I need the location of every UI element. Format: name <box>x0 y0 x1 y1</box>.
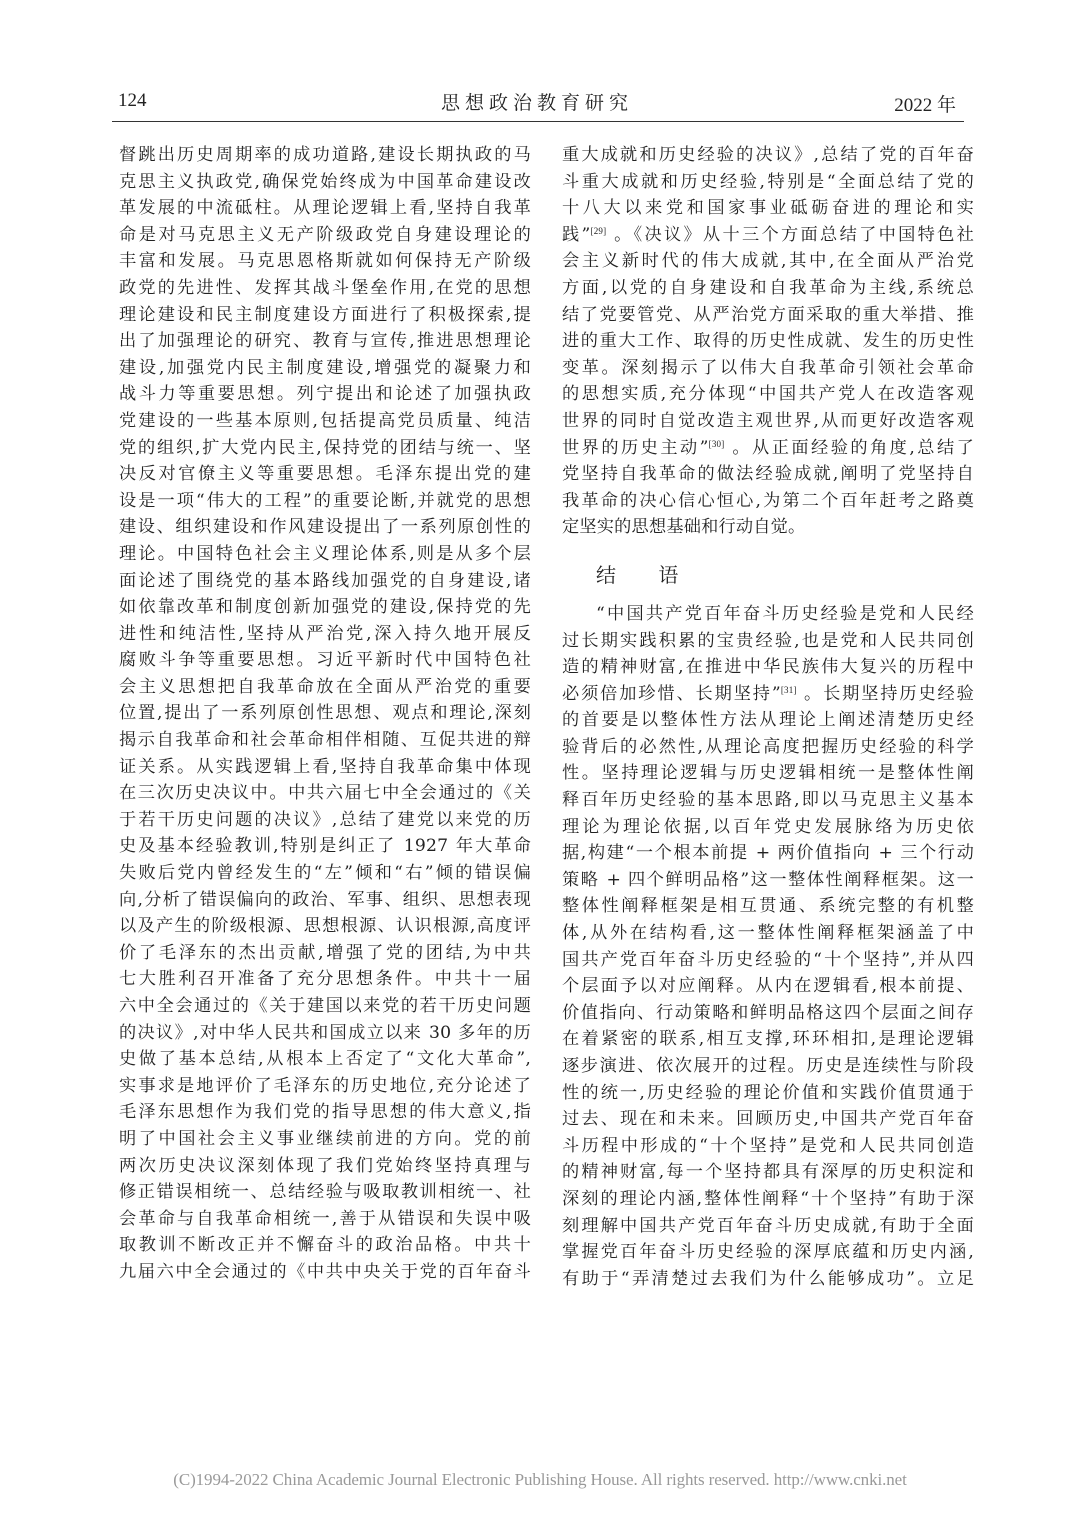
text-line: 九届六中全会通过的《中共中央关于党的百年奋斗 <box>119 1259 531 1286</box>
line-text: 进的重大工作、取得的历史性成就、发生的历史性 <box>562 331 974 351</box>
line-text: 向,分析了错误偏向的政治、军事、组织、思想表现 <box>119 890 531 910</box>
line-text: 揭示自我革命和社会革命相伴相随、互促共进的辩 <box>119 730 531 750</box>
text-line: 造的精神财富,在推进中华民族伟大复兴的历程中 <box>562 654 974 681</box>
text-line: 失败后党内曾经发生的“左”倾和“右”倾的错误偏 <box>119 860 531 887</box>
text-line: 向,分析了错误偏向的政治、军事、组织、思想表现 <box>119 887 531 914</box>
line-text: 据,构建“一个根本前提 + 两价值指向 + 三个行动 <box>562 843 974 863</box>
text-line: 的精神财富,每一个坚持都具有深厚的历史积淀和 <box>562 1159 974 1186</box>
text-line: 克思主义执政党,确保党始终成为中国革命建设改 <box>119 169 531 196</box>
line-text: 实事求是地评价了毛泽东的历史地位,充分论述了 <box>119 1076 531 1096</box>
text-line: 实事求是地评价了毛泽东的历史地位,充分论述了 <box>119 1073 531 1100</box>
line-text: 六中全会通过的《关于建国以来党的若干历史问题 <box>119 996 531 1016</box>
text-line: 建设,加强党内民主制度建设,增强党的凝聚力和 <box>119 355 531 382</box>
text-line: 价值指向、行动策略和鲜明品格这四个层面之间存 <box>562 1000 974 1027</box>
text-line: 有助于“弄清楚过去我们为什么能够成功”。立足 <box>562 1266 974 1293</box>
line-text-cont: 。从正面经验的角度,总结了 <box>724 438 974 458</box>
line-text: 的首要是以整体性方法从理论上阐述清楚历史经 <box>562 710 974 730</box>
line-text: 克思主义执政党,确保党始终成为中国革命建设改 <box>119 172 531 192</box>
line-text: “中国共产党百年奋斗历史经验是党和人民经 <box>596 604 974 624</box>
line-text: 的决议》,对中华人民共和国成立以来 30 多年的历 <box>119 1023 531 1043</box>
left-column: 督跳出历史周期率的成功道路,建设长期执政的马克思主义执政党,确保党始终成为中国革… <box>119 142 531 1286</box>
text-line: 史及基本经验教训,特别是纠正了 1927 年大革命 <box>119 833 531 860</box>
line-text: 过长期实践积累的宝贵经验,也是党和人民共同创 <box>562 631 974 651</box>
section-heading: 结 语 <box>562 555 974 595</box>
text-line: 如依靠改革和制度创新加强党的建设,保持党的先 <box>119 594 531 621</box>
line-text: 斗重大成就和历史经验,特别是“全面总结了党的 <box>562 172 974 192</box>
line-text: 明了中国社会主义事业继续前进的方向。党的前 <box>119 1129 531 1149</box>
line-text: 位置,提出了一系列原创性思想、观点和理论,深刻 <box>119 703 531 723</box>
text-line: 党建设的一些基本原则,包括提高党员质量、纯洁 <box>119 408 531 435</box>
line-text: 决反对官僚主义等重要思想。毛泽东提出党的建 <box>119 464 531 484</box>
text-line: 必须倍加珍惜、长期坚持”[31] 。长期坚持历史经验 <box>562 681 974 708</box>
text-line: 进性和纯洁性,坚持从严治党,深入持久地开展反 <box>119 621 531 648</box>
text-line: 设是一项“伟大的工程”的重要论断,并就党的思想 <box>119 488 531 515</box>
line-text: 两次历史决议深刻体现了我们党始终坚持真理与 <box>119 1156 531 1176</box>
text-line: 在三次历史决议中。中共六届七中全会通过的《关 <box>119 780 531 807</box>
text-line: 的决议》,对中华人民共和国成立以来 30 多年的历 <box>119 1020 531 1047</box>
text-line: 战斗力等重要思想。列宁提出和论述了加强执政 <box>119 381 531 408</box>
text-line: 个层面予以对应阐释。从内在逻辑看,根本前提、 <box>562 973 974 1000</box>
text-line: 毛泽东思想作为我们党的指导思想的伟大意义,指 <box>119 1099 531 1126</box>
text-line: 进的重大工作、取得的历史性成就、发生的历史性 <box>562 328 974 355</box>
line-text: 党建设的一些基本原则,包括提高党员质量、纯洁 <box>119 411 531 431</box>
line-text: 设是一项“伟大的工程”的重要论断,并就党的思想 <box>119 491 531 511</box>
text-line: 革发展的中流砥柱。从理论逻辑上看,坚持自我革 <box>119 195 531 222</box>
line-text: 面论述了围绕党的基本路线加强党的自身建设,诸 <box>119 571 531 591</box>
text-line: 刻理解中国共产党百年奋斗历史成就,有助于全面 <box>562 1213 974 1240</box>
text-line: 七大胜利召开准备了充分思想条件。中共十一届 <box>119 966 531 993</box>
text-line: 明了中国社会主义事业继续前进的方向。党的前 <box>119 1126 531 1153</box>
line-text: 国共产党百年奋斗历史经验的“十个坚持”,并从四 <box>562 950 974 970</box>
line-text: 的思想实质,充分体现“中国共产党人在改造客观 <box>562 384 974 404</box>
line-text: 取教训不断改正并不懈奋斗的政治品格。中共十 <box>119 1235 531 1255</box>
text-line: 会革命与自我革命相统一,善于从错误和失误中吸 <box>119 1206 531 1233</box>
citation-ref: [29] <box>591 226 607 236</box>
text-line: 验背后的必然性,从理论高度把握历史经验的科学 <box>562 734 974 761</box>
line-text: 史做了基本总结,从根本上否定了“文化大革命”, <box>119 1049 531 1069</box>
line-text: 九届六中全会通过的《中共中央关于党的百年奋斗 <box>119 1262 531 1282</box>
line-text: 革发展的中流砥柱。从理论逻辑上看,坚持自我革 <box>119 198 531 218</box>
line-text: 变革。深刻揭示了以伟大自我革命引领社会革命 <box>562 358 974 378</box>
line-text: 七大胜利召开准备了充分思想条件。中共十一届 <box>119 969 531 989</box>
line-text: 命是对马克思主义无产阶级政党自身建设理论的 <box>119 225 531 245</box>
text-line: 变革。深刻揭示了以伟大自我革命引领社会革命 <box>562 355 974 382</box>
text-line: 逐步演进、依次展开的过程。历史是连续性与阶段 <box>562 1053 974 1080</box>
text-line: 决反对官僚主义等重要思想。毛泽东提出党的建 <box>119 461 531 488</box>
line-text: 必须倍加珍惜、长期坚持” <box>562 684 781 704</box>
spacer <box>562 541 974 555</box>
line-text: 在着紧密的联系,相互支撑,环环相扣,是理论逻辑 <box>562 1029 974 1049</box>
line-text: 结了党要管党、从严治党方面采取的重大举措、推 <box>562 305 974 325</box>
text-line: 会主义思想把自我革命放在全面从严治党的重要 <box>119 674 531 701</box>
line-text: 会革命与自我革命相统一,善于从错误和失误中吸 <box>119 1209 531 1229</box>
line-text: 我革命的决心信心恒心,为第二个百年赶考之路奠 <box>562 491 974 511</box>
text-line: 两次历史决议深刻体现了我们党始终坚持真理与 <box>119 1153 531 1180</box>
journal-title: 思想政治教育研究 <box>118 88 956 115</box>
text-line: 方面,以党的自身建设和自我革命为主线,系统总 <box>562 275 974 302</box>
text-line: “中国共产党百年奋斗历史经验是党和人民经 <box>562 601 974 628</box>
line-text: 修正错误相统一、总结经验与吸取教训相统一、社 <box>119 1182 531 1202</box>
text-line: 重大成就和历史经验的决议》,总结了党的百年奋 <box>562 142 974 169</box>
text-line: 过去、现在和未来。回顾历史,中国共产党百年奋 <box>562 1106 974 1133</box>
line-text: 腐败斗争等重要思想。习近平新时代中国特色社 <box>119 650 531 670</box>
text-line: 六中全会通过的《关于建国以来党的若干历史问题 <box>119 993 531 1020</box>
text-line: 党的组织,扩大党内民主,保持党的团结与统一、坚 <box>119 435 531 462</box>
line-text: 价了毛泽东的杰出贡献,增强了党的团结,为中共 <box>119 943 531 963</box>
line-text: 会主义思想把自我革命放在全面从严治党的重要 <box>119 677 531 697</box>
line-text: 世界的历史主动” <box>562 438 709 458</box>
text-line: 斗历程中形成的“十个坚持”是党和人民共同创造 <box>562 1133 974 1160</box>
text-line: 揭示自我革命和社会革命相伴相随、互促共进的辩 <box>119 727 531 754</box>
line-text: 如依靠改革和制度创新加强党的建设,保持党的先 <box>119 597 531 617</box>
line-text: 过去、现在和未来。回顾历史,中国共产党百年奋 <box>562 1109 974 1129</box>
text-line: 出了加强理论的研究、教育与宣传,推进思想理论 <box>119 328 531 355</box>
line-text: 价值指向、行动策略和鲜明品格这四个层面之间存 <box>562 1003 974 1023</box>
line-text: 理论建设和民主制度建设方面进行了积极探索,提 <box>119 305 531 325</box>
text-line: 丰富和发展。马克思恩格斯就如何保持无产阶级 <box>119 248 531 275</box>
line-text: 督跳出历史周期率的成功道路,建设长期执政的马 <box>119 145 531 165</box>
line-text: 造的精神财富,在推进中华民族伟大复兴的历程中 <box>562 657 974 677</box>
text-line: 世界的历史主动”[30] 。从正面经验的角度,总结了 <box>562 435 974 462</box>
line-text: 史及基本经验教训,特别是纠正了 1927 年大革命 <box>119 836 531 856</box>
running-header: 124 思想政治教育研究 2022 年 <box>118 88 956 118</box>
line-text: 斗历程中形成的“十个坚持”是党和人民共同创造 <box>562 1136 974 1156</box>
citation-ref: [30] <box>709 439 725 449</box>
line-text: 于若干历史问题的决议》,总结了建党以来党的历 <box>119 810 531 830</box>
line-text: 毛泽东思想作为我们党的指导思想的伟大意义,指 <box>119 1102 531 1122</box>
text-line: 我革命的决心信心恒心,为第二个百年赶考之路奠 <box>562 488 974 515</box>
line-text: 理论为理论依据,以百年党史发展脉络为历史依 <box>562 817 974 837</box>
text-line: 在着紧密的联系,相互支撑,环环相扣,是理论逻辑 <box>562 1026 974 1053</box>
line-text: 策略 + 四个鲜明品格”这一整体性阐释框架。这一 <box>562 870 974 890</box>
text-line: 督跳出历史周期率的成功道路,建设长期执政的马 <box>119 142 531 169</box>
line-text: 方面,以党的自身建设和自我革命为主线,系统总 <box>562 278 974 298</box>
line-text-cont: 。《决议》从十三个方面总结了中国特色社 <box>606 225 974 245</box>
text-line: 以及产生的阶级根源、思想根源、认识根源,高度评 <box>119 913 531 940</box>
text-line: 史做了基本总结,从根本上否定了“文化大革命”, <box>119 1046 531 1073</box>
line-text: 失败后党内曾经发生的“左”倾和“右”倾的错误偏 <box>119 863 531 883</box>
line-text: 有助于“弄清楚过去我们为什么能够成功”。立足 <box>562 1269 974 1289</box>
copyright-footer: (C)1994-2022 China Academic Journal Elec… <box>0 1470 1080 1490</box>
line-text: 建设、组织建设和作风建设提出了一系列原创性的 <box>119 517 531 537</box>
text-line: 修正错误相统一、总结经验与吸取教训相统一、社 <box>119 1179 531 1206</box>
text-line: 面论述了围绕党的基本路线加强党的自身建设,诸 <box>119 568 531 595</box>
line-text: 逐步演进、依次展开的过程。历史是连续性与阶段 <box>562 1056 974 1076</box>
line-text: 以及产生的阶级根源、思想根源、认识根源,高度评 <box>119 916 531 936</box>
line-text: 整体性阐释框架是相互贯通、系统完整的有机整 <box>562 896 974 916</box>
text-line: 命是对马克思主义无产阶级政党自身建设理论的 <box>119 222 531 249</box>
text-line: 取教训不断改正并不懈奋斗的政治品格。中共十 <box>119 1232 531 1259</box>
line-text: 体,从外在结构看,这一整体性阐释框架涵盖了中 <box>562 923 974 943</box>
text-line: 的思想实质,充分体现“中国共产党人在改造客观 <box>562 381 974 408</box>
line-text: 深刻的理论内涵,整体性阐释“十个坚持”有助于深 <box>562 1189 974 1209</box>
line-text: 个层面予以对应阐释。从内在逻辑看,根本前提、 <box>562 976 974 996</box>
text-line: 理论。中国特色社会主义理论体系,则是从多个层 <box>119 541 531 568</box>
text-line: 腐败斗争等重要思想。习近平新时代中国特色社 <box>119 647 531 674</box>
line-text: 世界的同时自觉改造主观世界,从而更好改造客观 <box>562 411 974 431</box>
line-text: 定坚实的思想基础和行动自觉。 <box>562 517 805 537</box>
text-line: 策略 + 四个鲜明品格”这一整体性阐释框架。这一 <box>562 867 974 894</box>
text-line: 释百年历史经验的基本思路,即以马克思主义基本 <box>562 787 974 814</box>
line-text: 党坚持自我革命的做法经验成就,阐明了党坚持自 <box>562 464 974 484</box>
text-line: 结了党要管党、从严治党方面采取的重大举措、推 <box>562 302 974 329</box>
text-line: 建设、组织建设和作风建设提出了一系列原创性的 <box>119 514 531 541</box>
line-text: 党的组织,扩大党内民主,保持党的团结与统一、坚 <box>119 438 531 458</box>
line-text: 释百年历史经验的基本思路,即以马克思主义基本 <box>562 790 974 810</box>
text-line: 性。坚持理论逻辑与历史逻辑相统一是整体性阐 <box>562 760 974 787</box>
right-column: 重大成就和历史经验的决议》,总结了党的百年奋斗重大成就和历史经验,特别是“全面总… <box>562 142 974 1292</box>
line-text: 会主义新时代的伟大成就,其中,在全面从严治党 <box>562 251 974 271</box>
text-line: 会主义新时代的伟大成就,其中,在全面从严治党 <box>562 248 974 275</box>
text-line: 于若干历史问题的决议》,总结了建党以来党的历 <box>119 807 531 834</box>
line-text: 的精神财富,每一个坚持都具有深厚的历史积淀和 <box>562 1162 974 1182</box>
text-line: 党坚持自我革命的做法经验成就,阐明了党坚持自 <box>562 461 974 488</box>
text-line: 体,从外在结构看,这一整体性阐释框架涵盖了中 <box>562 920 974 947</box>
line-text: 政党的先进性、发挥其战斗堡垒作用,在党的思想 <box>119 278 531 298</box>
text-line: 政党的先进性、发挥其战斗堡垒作用,在党的思想 <box>119 275 531 302</box>
text-line: 性的统一,历史经验的理论价值和实践价值贯通于 <box>562 1080 974 1107</box>
text-line: 整体性阐释框架是相互贯通、系统完整的有机整 <box>562 893 974 920</box>
text-line: 斗重大成就和历史经验,特别是“全面总结了党的 <box>562 169 974 196</box>
line-text: 性的统一,历史经验的理论价值和实践价值贯通于 <box>562 1083 974 1103</box>
line-text: 证关系。从实践逻辑上看,坚持自我革命集中体现 <box>119 757 531 777</box>
text-line: 理论建设和民主制度建设方面进行了积极探索,提 <box>119 302 531 329</box>
line-text: 理论。中国特色社会主义理论体系,则是从多个层 <box>119 544 531 564</box>
text-line: 价了毛泽东的杰出贡献,增强了党的团结,为中共 <box>119 940 531 967</box>
line-text-cont: 。长期坚持历史经验 <box>797 684 974 704</box>
line-text: 重大成就和历史经验的决议》,总结了党的百年奋 <box>562 145 974 165</box>
line-text: 在三次历史决议中。中共六届七中全会通过的《关 <box>119 783 531 803</box>
text-line: 践”[29] 。《决议》从十三个方面总结了中国特色社 <box>562 222 974 249</box>
text-line: 深刻的理论内涵,整体性阐释“十个坚持”有助于深 <box>562 1186 974 1213</box>
line-text: 建设,加强党内民主制度建设,增强党的凝聚力和 <box>119 358 531 378</box>
line-text: 战斗力等重要思想。列宁提出和论述了加强执政 <box>119 384 531 404</box>
text-line: 定坚实的思想基础和行动自觉。 <box>562 514 974 541</box>
header-rule <box>112 121 964 122</box>
text-line: 过长期实践积累的宝贵经验,也是党和人民共同创 <box>562 628 974 655</box>
line-text: 丰富和发展。马克思恩格斯就如何保持无产阶级 <box>119 251 531 271</box>
text-line: 据,构建“一个根本前提 + 两价值指向 + 三个行动 <box>562 840 974 867</box>
text-line: 十八大以来党和国家事业砥砺奋进的理论和实 <box>562 195 974 222</box>
text-line: 掌握党百年奋斗历史经验的深厚底蕴和历史内涵, <box>562 1239 974 1266</box>
text-line: 证关系。从实践逻辑上看,坚持自我革命集中体现 <box>119 754 531 781</box>
line-text: 出了加强理论的研究、教育与宣传,推进思想理论 <box>119 331 531 351</box>
text-line: 的首要是以整体性方法从理论上阐述清楚历史经 <box>562 707 974 734</box>
text-line: 世界的同时自觉改造主观世界,从而更好改造客观 <box>562 408 974 435</box>
text-line: 理论为理论依据,以百年党史发展脉络为历史依 <box>562 814 974 841</box>
line-text: 十八大以来党和国家事业砥砺奋进的理论和实 <box>562 198 974 218</box>
citation-ref: [31] <box>781 685 797 695</box>
line-text: 践” <box>562 225 591 245</box>
line-text: 性。坚持理论逻辑与历史逻辑相统一是整体性阐 <box>562 763 974 783</box>
line-text: 验背后的必然性,从理论高度把握历史经验的科学 <box>562 737 974 757</box>
text-line: 国共产党百年奋斗历史经验的“十个坚持”,并从四 <box>562 947 974 974</box>
text-line: 位置,提出了一系列原创性思想、观点和理论,深刻 <box>119 700 531 727</box>
line-text: 进性和纯洁性,坚持从严治党,深入持久地开展反 <box>119 624 531 644</box>
line-text: 刻理解中国共产党百年奋斗历史成就,有助于全面 <box>562 1216 974 1236</box>
publication-year: 2022 年 <box>894 90 956 117</box>
line-text: 掌握党百年奋斗历史经验的深厚底蕴和历史内涵, <box>562 1242 974 1262</box>
